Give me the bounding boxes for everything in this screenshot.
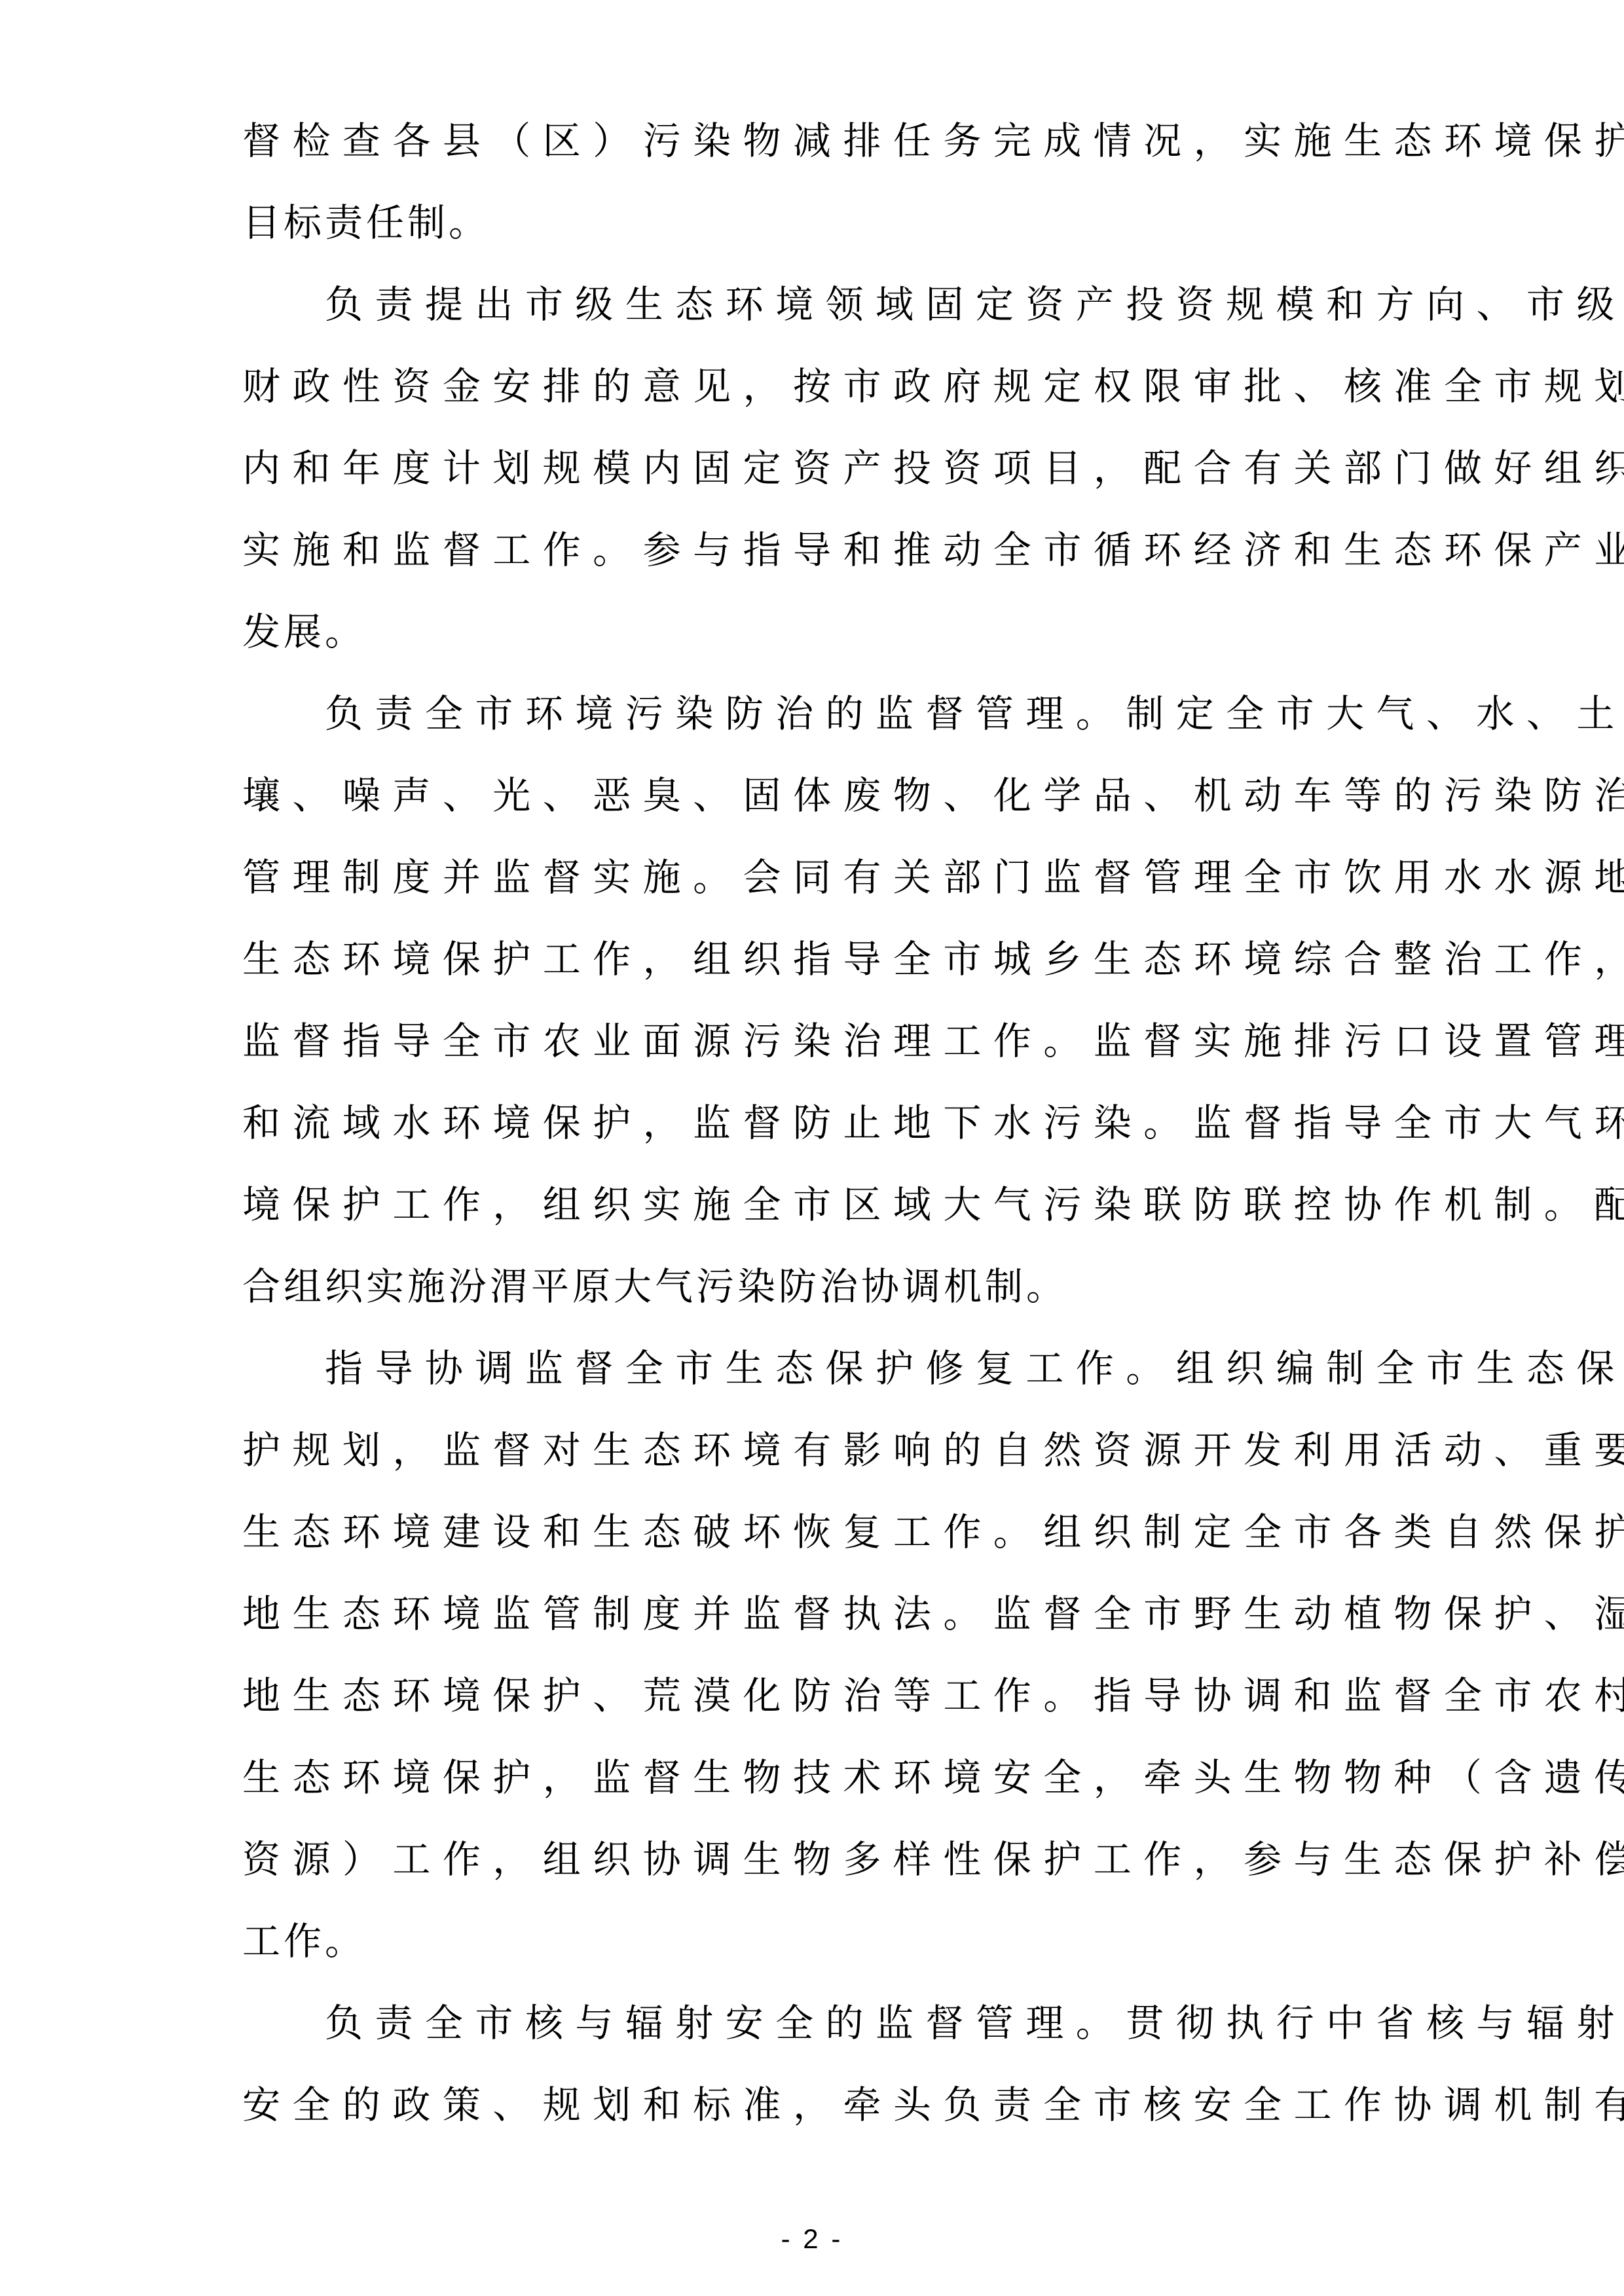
glyph: 监 (492, 855, 530, 900)
glyph: 全 (1244, 2083, 1282, 2127)
paragraph-4: 指 导 协 调 监 督 全 市 生 态 保 护 修 复 工 作 。 组 织 编 … (242, 1345, 1401, 2000)
glyph: 管 (976, 691, 1014, 736)
glyph: 治 (1594, 773, 1624, 818)
glyph: 护 (242, 1428, 280, 1472)
glyph: 境 (1244, 937, 1282, 981)
glyph: 市 (1143, 1592, 1181, 1636)
glyph: 地 (242, 1673, 280, 1718)
glyph: 环 (342, 1755, 380, 1800)
glyph: 工 (1094, 1837, 1132, 1882)
glyph: 合 (1194, 446, 1232, 490)
glyph: 区 (543, 118, 581, 163)
glyph: 和 (292, 446, 330, 490)
glyph: 织 (1226, 1346, 1264, 1391)
glyph: 指 (1294, 1101, 1332, 1145)
glyph: 督 (443, 528, 481, 572)
glyph: ） (593, 118, 631, 163)
glyph: 作 (1544, 937, 1582, 981)
glyph: 等 (893, 1673, 931, 1718)
glyph: 产 (1076, 282, 1114, 327)
glyph: ， (643, 937, 681, 981)
glyph: 的 (943, 1428, 981, 1472)
glyph: 划 (492, 446, 530, 490)
glyph: 大 (943, 1182, 981, 1227)
glyph: 见 (693, 364, 731, 409)
glyph: 辐 (1526, 2001, 1564, 2045)
text-line: 指 导 协 调 监 督 全 市 生 态 保 护 修 复 工 作 。 组 织 编 … (242, 1345, 1401, 1427)
glyph: 和 (1294, 528, 1332, 572)
glyph: 水 (1444, 855, 1482, 900)
glyph: 关 (893, 855, 931, 900)
glyph: 染 (793, 1019, 831, 1063)
glyph: 动 (1244, 773, 1282, 818)
glyph: ， (1594, 937, 1624, 981)
glyph: 。 (1126, 1346, 1164, 1391)
text-line: 实 施 和 监 督 工 作 。 参 与 指 导 和 推 动 全 市 循 环 经 … (242, 527, 1401, 609)
glyph: 监 (525, 1346, 563, 1391)
glyph: 度 (392, 855, 430, 900)
glyph: 理 (292, 855, 330, 900)
glyph: 工 (543, 937, 581, 981)
glyph: 检 (292, 118, 330, 163)
glyph: 管 (976, 2001, 1014, 2045)
glyph: 态 (643, 1510, 681, 1554)
glyph: 市 (1494, 1673, 1532, 1718)
glyph: 防 (726, 691, 764, 736)
glyph: 安 (242, 2083, 280, 2127)
text-line: 督 检 查 各 县 （ 区 ） 污 染 物 减 排 任 务 完 成 情 况 ， … (242, 118, 1401, 200)
glyph: 、 (543, 773, 581, 818)
glyph: 划 (593, 2083, 631, 2127)
glyph: 技 (793, 1755, 831, 1800)
glyph: （ (492, 118, 530, 163)
glyph: 护 (543, 1673, 581, 1718)
glyph: 与 (693, 528, 731, 572)
glyph: 。 (1143, 1101, 1181, 1145)
glyph: 染 (1494, 773, 1532, 818)
glyph: 监 (876, 691, 913, 736)
glyph: 境 (392, 1510, 430, 1554)
glyph: 施 (1294, 118, 1332, 163)
glyph: 全 (425, 2001, 463, 2045)
glyph: 保 (543, 1101, 581, 1145)
glyph: 作 (943, 1510, 981, 1554)
glyph: 用 (1344, 1428, 1382, 1472)
glyph: 污 (625, 691, 663, 736)
glyph: 意 (643, 364, 681, 409)
glyph: 全 (1444, 364, 1482, 409)
glyph: 府 (943, 364, 981, 409)
glyph: 作 (443, 1837, 481, 1882)
glyph: 口 (1393, 1019, 1431, 1063)
glyph: 安 (492, 364, 530, 409)
text-line: 境 保 护 工 作 ， 组 织 实 施 全 市 区 域 大 气 污 染 联 防 … (242, 1182, 1401, 1264)
glyph: 生 (292, 1592, 330, 1636)
glyph: 固 (743, 773, 781, 818)
glyph: 督 (242, 118, 280, 163)
glyph: 督 (1043, 1592, 1081, 1636)
glyph: 导 (375, 1346, 413, 1391)
glyph: 化 (743, 1673, 781, 1718)
glyph: 协 (1194, 1673, 1232, 1718)
glyph: 织 (1094, 1510, 1132, 1554)
glyph: 护 (342, 1182, 380, 1227)
glyph: 态 (1526, 1346, 1564, 1391)
glyph: 理 (1594, 1019, 1624, 1063)
glyph: 理 (1194, 855, 1232, 900)
text-line: 工作。 (242, 1918, 1401, 2000)
glyph: 城 (993, 937, 1031, 981)
glyph: 理 (893, 1019, 931, 1063)
glyph: 政 (392, 2083, 430, 2127)
paragraph-3: 负 责 全 市 环 境 污 染 防 治 的 监 督 管 理 。 制 定 全 市 … (242, 691, 1401, 1345)
glyph: 环 (443, 1101, 481, 1145)
glyph: 然 (1494, 1510, 1532, 1554)
glyph: 生 (743, 1837, 781, 1882)
glyph: 制 (342, 855, 380, 900)
glyph: 面 (643, 1019, 681, 1063)
glyph: 监 (1043, 855, 1081, 900)
glyph: 、 (693, 773, 731, 818)
glyph: 然 (1043, 1428, 1081, 1472)
glyph: 与 (575, 2001, 613, 2045)
glyph: 防 (793, 1101, 831, 1145)
glyph: 制 (1126, 691, 1164, 736)
glyph: 的 (1393, 773, 1431, 818)
glyph: 种 (1393, 1755, 1431, 1800)
glyph: 施 (693, 1182, 731, 1227)
glyph: 全 (292, 2083, 330, 2127)
glyph: 全 (625, 1346, 663, 1391)
glyph: 保 (292, 1182, 330, 1227)
glyph: 有 (1244, 446, 1282, 490)
glyph: 排 (843, 118, 881, 163)
glyph: 工 (893, 1510, 931, 1554)
glyph: 权 (1094, 364, 1132, 409)
glyph: 度 (392, 446, 430, 490)
glyph: 境 (443, 1592, 481, 1636)
glyph: 作 (543, 528, 581, 572)
glyph: 参 (643, 528, 681, 572)
glyph: 作 (1393, 1182, 1431, 1227)
glyph: 态 (1393, 118, 1431, 163)
glyph: 物 (743, 118, 781, 163)
glyph: 排 (543, 364, 581, 409)
glyph: 导 (1143, 1673, 1181, 1718)
glyph: 标 (693, 2083, 731, 2127)
glyph: 乡 (1043, 937, 1081, 981)
glyph: 工 (492, 528, 530, 572)
glyph: 固 (693, 446, 731, 490)
glyph: 环 (392, 1673, 430, 1718)
glyph: 关 (1294, 446, 1332, 490)
glyph: 保 (443, 937, 481, 981)
glyph: 准 (1393, 364, 1431, 409)
glyph: 环 (1143, 528, 1181, 572)
glyph: 保 (1544, 118, 1582, 163)
glyph: 等 (1344, 773, 1382, 818)
glyph: 管 (543, 1592, 581, 1636)
glyph: 各 (392, 118, 430, 163)
text-line: 目标责任制。 (242, 200, 1401, 282)
glyph: 施 (1244, 1019, 1282, 1063)
glyph: 调 (1444, 2083, 1482, 2127)
glyph: 车 (1294, 773, 1332, 818)
glyph: 固 (925, 282, 963, 327)
glyph: 保 (826, 1346, 864, 1391)
glyph: 监 (1344, 1673, 1382, 1718)
glyph: 保 (1494, 528, 1532, 572)
glyph: 源 (1143, 1428, 1181, 1472)
glyph: 级 (575, 282, 613, 327)
glyph: 政 (893, 364, 931, 409)
glyph: 生 (1244, 1755, 1282, 1800)
glyph: 声 (392, 773, 430, 818)
glyph: 、 (1426, 691, 1464, 736)
glyph: 头 (893, 2083, 931, 2127)
glyph: 环 (392, 1592, 430, 1636)
glyph: 防 (793, 1673, 831, 1718)
glyph: 管 (242, 855, 280, 900)
glyph: 部 (1344, 446, 1382, 490)
glyph: 环 (342, 1510, 380, 1554)
glyph: 护 (492, 1755, 530, 1800)
glyph: 组 (543, 1837, 581, 1882)
glyph: 情 (1094, 118, 1132, 163)
glyph: 定 (976, 282, 1014, 327)
glyph: 牵 (843, 2083, 881, 2127)
glyph: 部 (943, 855, 981, 900)
glyph: 重 (1544, 1428, 1582, 1472)
glyph: 生 (1344, 1837, 1382, 1882)
glyph: ， (1094, 446, 1132, 490)
glyph: 动 (1444, 1428, 1482, 1472)
glyph: 染 (1094, 1101, 1132, 1145)
glyph: 任 (893, 118, 931, 163)
glyph: 物 (1393, 1592, 1431, 1636)
glyph: 建 (443, 1510, 481, 1554)
glyph: 责 (375, 282, 413, 327)
glyph: 的 (826, 691, 864, 736)
glyph: ， (1194, 1837, 1232, 1882)
glyph: 农 (1544, 1673, 1582, 1718)
glyph: 规 (1226, 282, 1264, 327)
glyph: 彻 (1176, 2001, 1214, 2045)
glyph: 全 (1043, 2083, 1081, 2127)
glyph: 全 (1226, 691, 1264, 736)
glyph: 方 (1376, 282, 1414, 327)
glyph: 要 (1594, 1428, 1624, 1472)
glyph: 境 (1494, 118, 1532, 163)
glyph: 执 (843, 1592, 881, 1636)
glyph: 和 (342, 528, 380, 572)
glyph: 责 (993, 2083, 1031, 2127)
glyph: 态 (292, 1755, 330, 1800)
glyph: 政 (292, 364, 330, 409)
glyph: 施 (643, 855, 681, 900)
glyph: 生 (1244, 1592, 1282, 1636)
glyph: 有 (843, 855, 881, 900)
glyph: 品 (1094, 773, 1132, 818)
glyph: 域 (342, 1101, 380, 1145)
glyph: 内 (643, 446, 681, 490)
text-line: 合组织实施汾渭平原大气污染防治协调机制。 (242, 1264, 1401, 1345)
glyph: 产 (843, 446, 881, 490)
glyph: 源 (693, 1019, 731, 1063)
glyph: 年 (342, 446, 380, 490)
glyph: 恢 (793, 1510, 831, 1554)
glyph: 规 (1544, 364, 1582, 409)
glyph: 保 (443, 1755, 481, 1800)
glyph: 态 (342, 1592, 380, 1636)
glyph: 境 (392, 937, 430, 981)
glyph: 样 (893, 1837, 931, 1882)
glyph: 资 (1176, 282, 1214, 327)
glyph: 市 (1294, 1510, 1332, 1554)
glyph: 组 (1544, 446, 1582, 490)
glyph: 作 (1344, 2083, 1382, 2127)
glyph: 导 (392, 1019, 430, 1063)
glyph: 护 (1494, 1592, 1532, 1636)
glyph: 境 (443, 1673, 481, 1718)
glyph: 和 (643, 2083, 681, 2127)
glyph: 组 (693, 937, 731, 981)
glyph: 用 (1393, 855, 1431, 900)
glyph: 责 (375, 2001, 413, 2045)
glyph: 影 (843, 1428, 881, 1472)
glyph: 监 (693, 1101, 731, 1145)
glyph: 门 (993, 855, 1031, 900)
glyph: 体 (793, 773, 831, 818)
glyph: 大 (1494, 1101, 1532, 1145)
text-line: 地 生 态 环 境 监 管 制 度 并 监 督 执 法 。 监 督 全 市 野 … (242, 1591, 1401, 1673)
glyph: 理 (1025, 691, 1063, 736)
glyph: 染 (675, 691, 713, 736)
glyph: 规 (993, 364, 1031, 409)
glyph: 织 (593, 1837, 631, 1882)
glyph: 态 (675, 282, 713, 327)
glyph: 农 (543, 1019, 581, 1063)
glyph: 和 (543, 1510, 581, 1554)
glyph: 督 (925, 691, 963, 736)
document-page: 督 检 查 各 县 （ 区 ） 污 染 物 减 排 任 务 完 成 情 况 ， … (0, 0, 1624, 2296)
glyph: 全 (1393, 1101, 1431, 1145)
glyph: 完 (993, 118, 1031, 163)
glyph: 防 (1194, 1182, 1232, 1227)
glyph: 工 (943, 1673, 981, 1718)
glyph: 协 (643, 1837, 681, 1882)
glyph: 、 (1476, 282, 1514, 327)
glyph: 制 (1494, 1182, 1532, 1227)
glyph: 态 (775, 1346, 813, 1391)
glyph: 配 (1594, 1182, 1624, 1227)
glyph: 环 (1594, 1101, 1624, 1145)
glyph: 督 (1244, 1101, 1282, 1145)
glyph: 导 (793, 528, 831, 572)
glyph: 地 (893, 1101, 931, 1145)
glyph: 合 (1344, 937, 1382, 981)
text-line: 护 规 划 ， 监 督 对 生 态 环 境 有 影 响 的 自 然 资 源 开 … (242, 1427, 1401, 1509)
glyph: 设 (492, 1510, 530, 1554)
glyph: 动 (1294, 1592, 1332, 1636)
glyph: 。 (1076, 2001, 1114, 2045)
glyph: 环 (893, 1755, 931, 1800)
glyph: 成 (1043, 118, 1081, 163)
glyph: 批 (1244, 364, 1282, 409)
glyph: 资 (242, 1837, 280, 1882)
glyph: 监 (392, 528, 430, 572)
glyph: 植 (1344, 1592, 1382, 1636)
glyph: 。 (1043, 1673, 1081, 1718)
glyph: 市 (943, 937, 981, 981)
glyph: 经 (1194, 528, 1232, 572)
glyph: 态 (1143, 937, 1181, 981)
glyph: 水 (1494, 855, 1532, 900)
glyph: 流 (292, 1101, 330, 1145)
glyph: 督 (492, 1428, 530, 1472)
glyph: 大 (1326, 691, 1364, 736)
glyph: 境 (575, 691, 613, 736)
glyph: 市 (475, 2001, 513, 2045)
glyph: 的 (593, 364, 631, 409)
glyph: 设 (1444, 1019, 1482, 1063)
glyph: 查 (342, 118, 380, 163)
glyph: 做 (1444, 446, 1482, 490)
text-line: 监 督 指 导 全 市 农 业 面 源 污 染 治 理 工 作 。 监 督 实 … (242, 1018, 1401, 1100)
glyph: 指 (325, 1346, 363, 1391)
glyph: 生 (1344, 528, 1382, 572)
glyph: 财 (242, 364, 280, 409)
glyph: 市 (793, 1182, 831, 1227)
glyph: 资 (793, 446, 831, 490)
glyph: 作 (593, 937, 631, 981)
glyph: 污 (743, 1019, 781, 1063)
glyph: 调 (1244, 1673, 1282, 1718)
glyph: ， (793, 2083, 831, 2127)
glyph: 与 (1294, 1837, 1332, 1882)
glyph: 态 (643, 1428, 681, 1472)
glyph: 和 (242, 1101, 280, 1145)
glyph: 境 (492, 1101, 530, 1145)
glyph: 境 (392, 1755, 430, 1800)
glyph: 资 (1025, 282, 1063, 327)
glyph: 生 (693, 1755, 731, 1800)
glyph: 业 (593, 1019, 631, 1063)
glyph: 。 (943, 1592, 981, 1636)
glyph: 省 (1376, 2001, 1414, 2045)
glyph: 下 (943, 1101, 981, 1145)
glyph: 监 (993, 1592, 1031, 1636)
glyph: 行 (1276, 2001, 1314, 2045)
glyph: 负 (325, 282, 363, 327)
glyph: 实 (242, 528, 280, 572)
text-line: 生 态 环 境 保 护 工 作 ， 组 织 指 导 全 市 城 乡 生 态 环 … (242, 936, 1401, 1018)
glyph: 工 (1494, 937, 1532, 981)
glyph: 机 (1194, 773, 1232, 818)
text-line: 生 态 环 境 建 设 和 生 态 破 坏 恢 复 工 作 。 组 织 制 定 … (242, 1509, 1401, 1591)
glyph: 织 (593, 1182, 631, 1227)
glyph: 指 (793, 937, 831, 981)
glyph: 物 (1294, 1755, 1332, 1800)
glyph: 破 (693, 1510, 731, 1554)
glyph: 业 (1594, 528, 1624, 572)
glyph: 督 (1393, 1673, 1431, 1718)
glyph: 村 (1594, 1673, 1624, 1718)
glyph: 机 (1444, 1182, 1482, 1227)
glyph: 作 (1076, 1346, 1114, 1391)
glyph: 生 (593, 1428, 631, 1472)
glyph: 综 (1294, 937, 1332, 981)
